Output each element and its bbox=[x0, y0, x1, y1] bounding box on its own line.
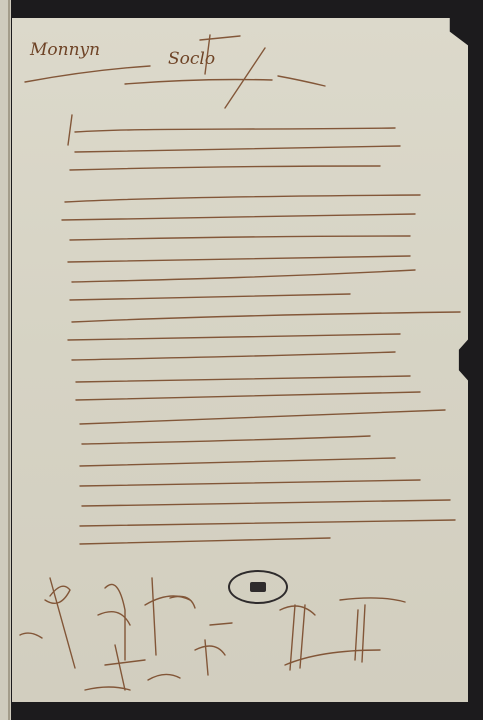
crest-icon bbox=[250, 582, 266, 592]
handwriting-strokes bbox=[0, 0, 483, 720]
library-stamp bbox=[228, 570, 288, 604]
